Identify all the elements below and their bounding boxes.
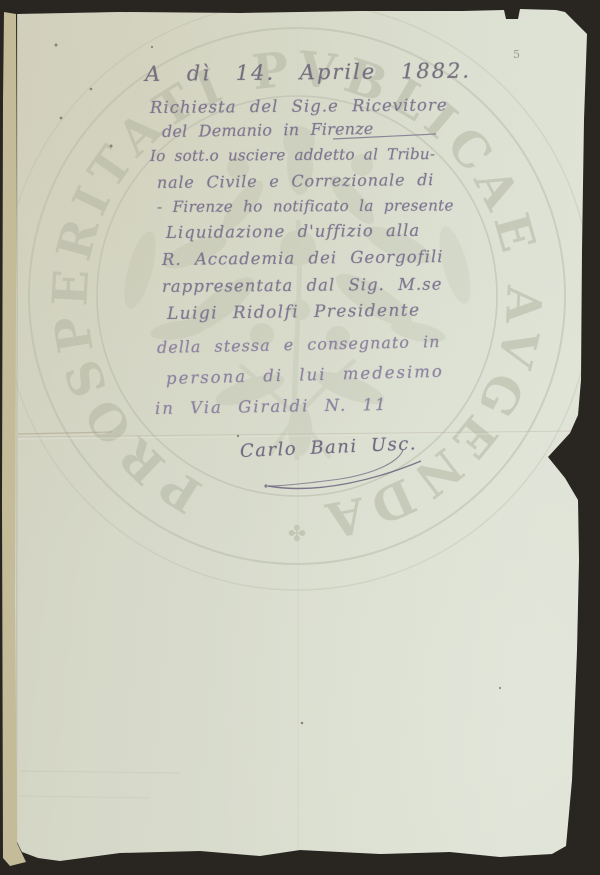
flourish-dot (264, 484, 267, 487)
manuscript-line: rappresentata dal Sig. M.se (162, 275, 443, 296)
manuscript-date-line: A dì 14. Aprile 1882. (145, 59, 471, 86)
manuscript-line: R. Accademia dei Georgofili (162, 247, 444, 269)
manuscript-line: - Firenze ho notificato la presente (157, 196, 454, 216)
manuscript-line: in Via Giraldi N. 11 (155, 395, 388, 418)
page-number: 5 (513, 48, 520, 61)
watermark-ornament-icon: ✤ (288, 522, 306, 547)
manuscript-line: Io sott.o usciere addetto al Tribu- (150, 145, 435, 165)
manuscript-line: del Demanio in Firenze (162, 119, 374, 141)
manuscript-line: Richiesta del Sig.e Ricevitore (150, 95, 448, 117)
manuscript-line: nale Civile e Correzionale di (157, 170, 434, 192)
manuscript-line: Liquidazione d'uffizio alla (166, 221, 420, 242)
scanned-document: PROSPERITATI PVBLICAE AVGENDAE ✤ (0, 0, 600, 875)
manuscript-line: Luigi Ridolfi Presidente (167, 300, 421, 324)
